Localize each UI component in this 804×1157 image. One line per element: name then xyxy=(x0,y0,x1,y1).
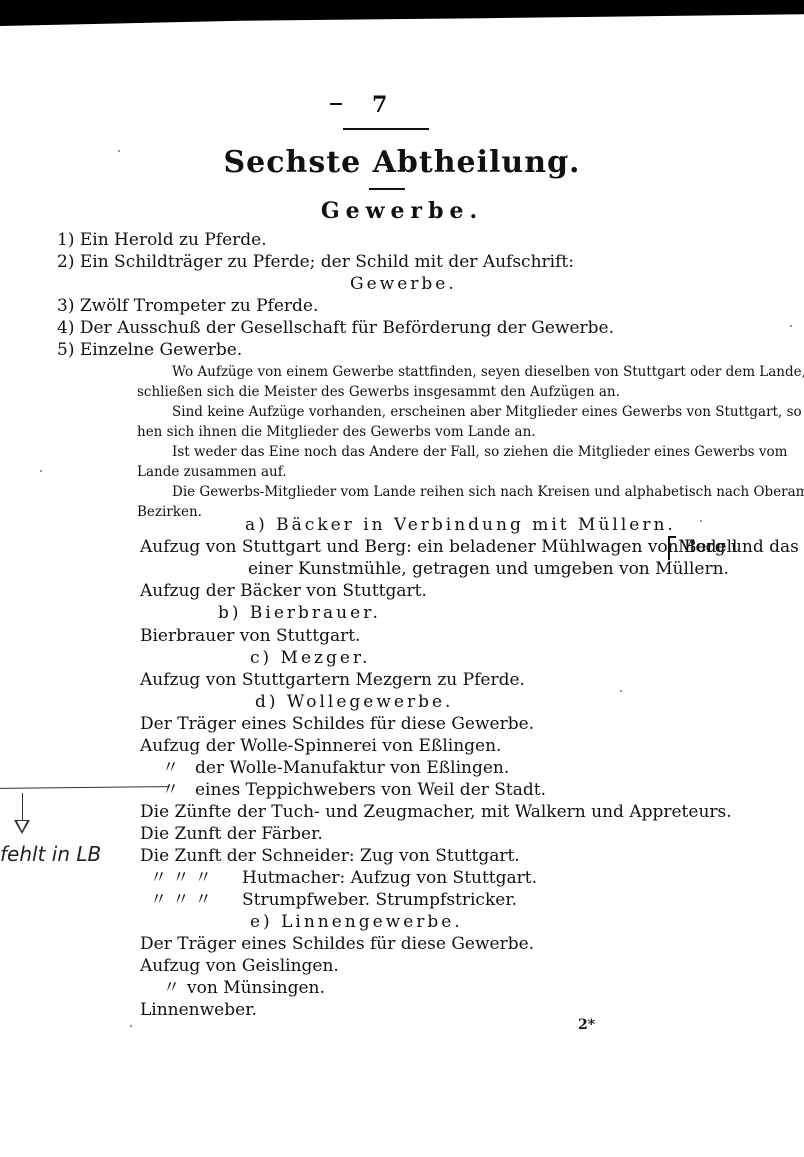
section-heading-d: d) Wollegewerbe. xyxy=(255,694,453,711)
note-line: hen sich ihnen die Mitglieder des Gewerb… xyxy=(137,426,536,440)
scan-speck xyxy=(620,690,622,692)
section-heading-b: b) Bierbrauer. xyxy=(218,605,381,622)
section-line: Die Zunft der Färber. xyxy=(140,826,323,843)
section-line: Aufzug der Bäcker von Stuttgart. xyxy=(140,583,427,600)
down-arrow-icon xyxy=(22,793,23,821)
item-number: 4) xyxy=(57,318,74,338)
annotation-line xyxy=(0,786,168,789)
section-line: Modell xyxy=(678,539,737,556)
item-text: Zwölf Trompeter zu Pferde. xyxy=(80,296,319,316)
section-line: von Münsingen. xyxy=(187,980,325,997)
ditto-mark: 〃 xyxy=(162,760,179,777)
note-line: schließen sich die Meister des Gewerbs i… xyxy=(137,386,620,400)
signature-mark: 2* xyxy=(578,1018,595,1032)
ditto-mark: 〃 〃 〃 xyxy=(150,892,212,909)
item-text: Ein Herold zu Pferde. xyxy=(80,230,267,250)
scan-speck xyxy=(790,325,792,327)
section-heading-a: a) Bäcker in Verbindung mit Müllern. xyxy=(245,517,676,534)
section-line: Der Träger eines Schildes für diese Gewe… xyxy=(140,716,534,733)
shield-inscription: Gewerbe. xyxy=(350,276,457,293)
section-line: Der Träger eines Schildes für diese Gewe… xyxy=(140,936,534,953)
note-line: Sind keine Aufzüge vorhanden, erscheinen… xyxy=(172,406,804,420)
scan-speck xyxy=(40,470,42,472)
bracket-mark xyxy=(668,536,676,560)
section-line: eines Teppichwebers von Weil der Stadt. xyxy=(195,782,546,799)
list-item: 4) Der Ausschuß der Gesellschaft für Bef… xyxy=(57,320,614,337)
section-line: Aufzug von Geislingen. xyxy=(140,958,339,975)
item-number: 2) xyxy=(57,252,74,272)
note-line: Die Gewerbs-Mitglieder vom Lande reihen … xyxy=(172,486,804,500)
section-heading-e: e) Linnengewerbe. xyxy=(250,914,463,931)
note-line: Wo Aufzüge von einem Gewerbe stattfinden… xyxy=(172,366,804,380)
scan-speck xyxy=(118,150,120,152)
page-dash xyxy=(330,103,342,105)
section-line: Die Zunft der Schneider: Zug von Stuttga… xyxy=(140,848,520,865)
item-text: Ein Schildträger zu Pferde; der Schild m… xyxy=(80,252,574,272)
note-line: Bezirken. xyxy=(137,506,202,520)
section-line: Hutmacher: Aufzug von Stuttgart. xyxy=(242,870,537,887)
item-text: Einzelne Gewerbe. xyxy=(80,340,242,360)
item-number: 1) xyxy=(57,230,74,250)
section-heading-c: c) Mezger. xyxy=(250,650,371,667)
scan-speck xyxy=(700,520,702,522)
ditto-mark: 〃 〃 〃 xyxy=(150,870,212,887)
section-line: Aufzug der Wolle-Spinnerei von Eßlingen. xyxy=(140,738,501,755)
ditto-mark: 〃 xyxy=(163,980,180,997)
section-line: einer Kunstmühle, getragen und umgeben v… xyxy=(248,561,729,578)
section-line: Strumpfweber. Strumpfstricker. xyxy=(242,892,517,909)
section-line: der Wolle-Manufaktur von Eßlingen. xyxy=(195,760,509,777)
item-text: Der Ausschuß der Gesellschaft für Beförd… xyxy=(80,318,614,338)
header-rule xyxy=(343,128,429,130)
list-item: 1) Ein Herold zu Pferde. xyxy=(57,232,267,249)
section-line: Bierbrauer von Stuttgart. xyxy=(140,628,360,645)
note-line: Lande zusammen auf. xyxy=(137,466,287,480)
section-subtitle: Gewerbe. xyxy=(0,200,804,222)
note-line: Ist weder das Eine noch das Andere der F… xyxy=(172,446,787,460)
list-item: 3) Zwölf Trompeter zu Pferde. xyxy=(57,298,318,315)
item-number: 5) xyxy=(57,340,74,360)
scan-speck xyxy=(130,1025,132,1027)
page-title: Sechste Abtheilung. xyxy=(0,148,804,178)
title-rule xyxy=(369,188,405,190)
scan-border xyxy=(0,0,804,26)
ditto-mark: 〃 xyxy=(162,782,179,799)
section-line: Die Zünfte der Tuch- und Zeugmacher, mit… xyxy=(140,804,732,821)
page-number: 7 xyxy=(372,94,387,116)
section-line: Aufzug von Stuttgartern Mezgern zu Pferd… xyxy=(140,672,525,689)
list-item: 2) Ein Schildträger zu Pferde; der Schil… xyxy=(57,254,574,271)
item-number: 3) xyxy=(57,296,74,316)
handwritten-note: fehlt in LB xyxy=(0,842,101,866)
section-line: Linnenweber. xyxy=(140,1002,257,1019)
list-item: 5) Einzelne Gewerbe. xyxy=(57,342,242,359)
scan-speck xyxy=(566,155,568,157)
